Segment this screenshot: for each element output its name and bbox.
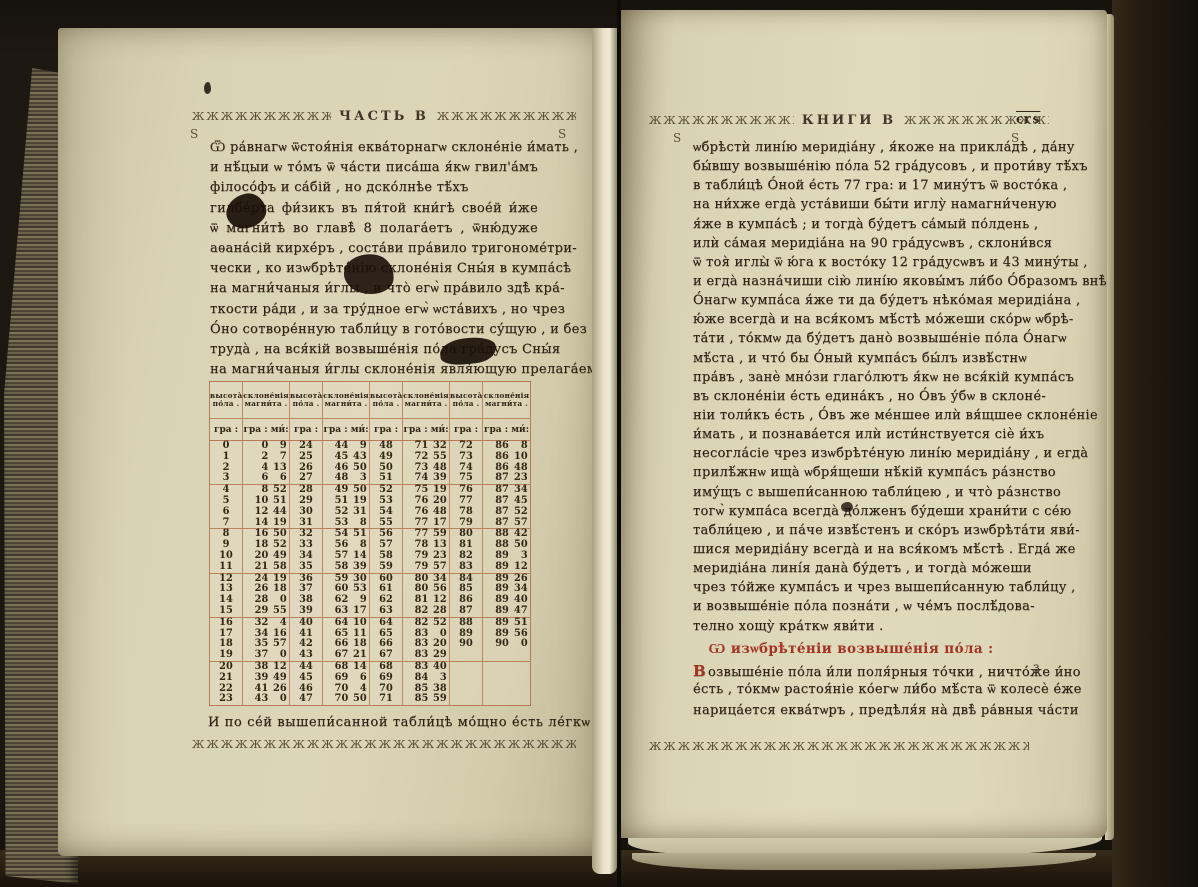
declination-degrees: 72 xyxy=(403,452,428,463)
declination-cell: 324 xyxy=(243,617,290,628)
declination-degrees: 84 xyxy=(403,673,428,684)
declination-degrees: 43 xyxy=(243,694,268,705)
declination-degrees: 89 xyxy=(483,606,509,617)
declination-degrees: 48 xyxy=(323,473,348,484)
declination-degrees: 85 xyxy=(403,694,428,705)
pole-height-cell: 19 xyxy=(210,650,243,661)
declination-minutes: 4 xyxy=(268,618,288,629)
declination-cell: 6317 xyxy=(323,606,370,617)
declination-minutes: 58 xyxy=(268,562,288,573)
declination-cell: 7957 xyxy=(403,562,450,573)
text-line: иму́щъ с вышепи́санною табли́цею , и что… xyxy=(693,483,1009,502)
table-row: 2413264650507348748648 xyxy=(210,463,531,474)
quire-signature: з xyxy=(1033,660,1040,674)
text-line: несогла́сіе чрез изѡбрѣте́ную лині́ю мер… xyxy=(693,444,1009,463)
photo-seam xyxy=(617,0,621,887)
col-header-pole-height: высота̀ по́ла . xyxy=(450,382,483,419)
declination-minutes: 39 xyxy=(428,473,448,484)
declination-minutes: 10 xyxy=(509,452,530,463)
pole-height-cell xyxy=(450,684,483,695)
bottom-ornament-band-left-page: ЖЖЖЖЖЖЖЖЖЖЖЖЖЖЖЖЖЖЖЖЖЖЖЖЖЖЖЖЖЖЖЖЖЖЖЖЖЖЖЖ… xyxy=(192,736,576,753)
text-line: и нѣ́цыи ѡ то́мъ ѿ ча́сти писа́ша я́кѡ г… xyxy=(210,158,538,178)
declination-degrees: 90 xyxy=(483,639,509,650)
text-line: меридіа́на лині́я дана̀ бу́детъ , и тогд… xyxy=(693,559,1009,578)
table-row: 19370436721678329 xyxy=(210,650,531,661)
red-initial-letter: В xyxy=(693,662,708,680)
declination-degrees: 82 xyxy=(403,618,428,629)
pole-height-cell: 40 xyxy=(290,617,323,628)
table-row: 16324406410648252888951 xyxy=(210,617,531,628)
text-line: ніи толи́къ е́сть , О́въ же ме́ншее илѝ … xyxy=(693,406,1009,425)
declination-minutes: 7 xyxy=(268,452,288,463)
declination-table: высота̀ по́ла .склоне́нія магни́та .высо… xyxy=(209,381,531,706)
declination-degrees: 53 xyxy=(323,518,348,529)
pole-height-cell: 78 xyxy=(450,507,483,518)
text-line: телно хощу̀ кра́ткѡ яви́ти . xyxy=(693,617,1009,636)
declination-cell: 66 xyxy=(243,473,290,484)
declination-cell: 2158 xyxy=(243,562,290,573)
pole-height-cell: 15 xyxy=(210,606,243,617)
ornament-strip: ЖЖЖЖЖЖЖЖЖЖЖЖЖЖЖЖЖЖЖЖЖЖЖЖЖЖЖЖЖЖЖЖЖЖЖЖЖЖЖЖ xyxy=(649,113,794,128)
pole-height-cell: 39 xyxy=(290,606,323,617)
subheader-degrees-minutes: гра : ми́: xyxy=(323,419,370,441)
declination-minutes: 10 xyxy=(348,618,368,629)
text-line: Ѿ ра́внагѡ ѿстоя́нія еква́торнагѡ склоне… xyxy=(210,138,538,158)
declination-minutes: 6 xyxy=(268,473,288,484)
table-header: высота̀ по́ла .склоне́нія магни́та .высо… xyxy=(210,382,531,441)
top-ornament-band-left-page: ЖЖЖЖЖЖЖЖЖЖЖЖЖЖЖЖЖЖЖЖЖЖЖЖЖЖЖЖЖЖЖЖЖЖЖЖЖЖЖЖ… xyxy=(192,108,576,125)
declination-minutes: 57 xyxy=(428,562,448,573)
declination-cell: 2955 xyxy=(243,606,290,617)
declination-cell: 7050 xyxy=(323,694,370,705)
pole-height-cell: 25 xyxy=(290,452,323,463)
declination-minutes: 48 xyxy=(428,507,448,518)
declination-minutes: 55 xyxy=(268,606,288,617)
declination-cell: 483 xyxy=(323,473,370,484)
text-line: чрез то́йже кумпа́съ и чрез вышепи́санну… xyxy=(693,578,1009,597)
declination-degrees: 87 xyxy=(483,518,509,529)
declination-cell xyxy=(483,661,531,672)
pole-height-cell: 63 xyxy=(370,606,403,617)
declination-degrees: 12 xyxy=(243,507,268,518)
declination-cell: 5839 xyxy=(323,562,370,573)
col-header-pole-height: высота̀ по́ла . xyxy=(370,382,403,419)
background-right xyxy=(1112,0,1198,887)
declination-minutes: 21 xyxy=(348,650,368,661)
declination-cell: 8559 xyxy=(403,694,450,705)
declination-cell: 696 xyxy=(323,673,370,684)
declination-minutes: 19 xyxy=(268,518,288,529)
text-line: прилѣ́жнѡ ища̀ ѡбря́щеши нѣ́кій кумпа́съ… xyxy=(693,463,1009,482)
pole-height-cell: 11 xyxy=(210,562,243,573)
text-line: пра́въ , занѐ мно́зи глаго́лютъ я́кѡ не … xyxy=(693,368,1009,387)
declination-cell: 430 xyxy=(243,694,290,705)
section-heading: Ѡ изѡбрѣте́ніи возвыше́нія по́ла : xyxy=(693,641,1009,657)
pole-height-cell: 83 xyxy=(450,562,483,573)
declination-minutes: 59 xyxy=(428,694,448,705)
declination-degrees: 74 xyxy=(403,473,428,484)
table-row: 152955396317638228878947 xyxy=(210,606,531,617)
pole-height-cell: 23 xyxy=(210,694,243,705)
text-line: в табли́цѣ О́ной е́сть 77 гра: и 17 мину… xyxy=(693,176,1009,195)
declination-degrees: 67 xyxy=(323,650,348,661)
declination-minutes: 8 xyxy=(348,518,368,529)
text-line: е́сть , то́кмѡ растоя́ніе ко́егѡ ли́бо м… xyxy=(693,680,1009,701)
declination-cell: 8757 xyxy=(483,518,531,529)
pole-height-cell: 7 xyxy=(210,518,243,529)
declination-minutes: 31 xyxy=(348,507,368,518)
pole-height-cell: 35 xyxy=(290,562,323,573)
pole-height-cell xyxy=(450,661,483,672)
declination-cell: 4543 xyxy=(323,452,370,463)
pole-height-cell: 87 xyxy=(450,606,483,617)
text-line: на магни́чаныя и́глы склоне́нія явля́ющу… xyxy=(210,360,538,380)
bottom-ornament-band-right-page: ЖЖЖЖЖЖЖЖЖЖЖЖЖЖЖЖЖЖЖЖЖЖЖЖЖЖЖЖЖЖЖЖЖЖЖЖЖЖЖЖ… xyxy=(649,738,1029,755)
declination-minutes: 0 xyxy=(268,650,288,661)
col-header-magnet-declination: склоне́нія магни́та . xyxy=(483,382,531,419)
declination-degrees: 63 xyxy=(323,606,348,617)
declination-cell: 8723 xyxy=(483,473,531,484)
declination-degrees: 14 xyxy=(243,518,268,529)
declination-cell: 8252 xyxy=(403,617,450,628)
pole-height-cell xyxy=(450,650,483,661)
col-header-magnet-declination: склоне́нія магни́та . xyxy=(243,382,290,419)
declination-cell: 8752 xyxy=(483,507,531,518)
table-row: 23430477050718559 xyxy=(210,694,531,705)
declination-cell: 5231 xyxy=(323,507,370,518)
text-line: и возвыше́ніе по́ла позна́ти , ѡ че́мъ п… xyxy=(693,597,1009,616)
pole-height-cell: 16 xyxy=(210,617,243,628)
declination-degrees: 29 xyxy=(243,606,268,617)
text-line: Возвыше́ніе по́ла и́ли поля́рныя то́чки … xyxy=(693,662,1009,680)
pole-elevation-paragraph: Возвыше́ніе по́ла и́ли поля́рныя то́чки … xyxy=(693,662,1009,721)
paragraph-lines: е́сть , то́кмѡ растоя́ніе ко́егѡ ли́бо м… xyxy=(693,680,1009,721)
declination-minutes: 3 xyxy=(428,673,448,684)
table-row: 2139494569669843 xyxy=(210,673,531,684)
table-body: 0092444948713272868127254543497255738610… xyxy=(210,441,531,706)
declination-degrees: 58 xyxy=(323,562,348,573)
declination-cell: 538 xyxy=(323,518,370,529)
declination-cell: 8329 xyxy=(403,650,450,661)
declination-degrees: 45 xyxy=(323,452,348,463)
pole-height-cell: 3 xyxy=(210,473,243,484)
declination-minutes: 49 xyxy=(268,673,288,684)
declination-minutes: 17 xyxy=(428,518,448,529)
right-page: ЖЖЖЖЖЖЖЖЖЖЖЖЖЖЖЖЖЖЖЖЖЖЖЖЖЖЖЖЖЖЖЖЖЖЖЖЖЖЖЖ… xyxy=(621,10,1107,838)
declination-cell: 6721 xyxy=(323,650,370,661)
declination-cell: 1244 xyxy=(243,507,290,518)
text-line: ѡбрѣстѝ лині́ю меридіа́ну , я́коже на пр… xyxy=(693,138,1009,157)
text-line: ю́же всегда̀ и на вся́комъ мѣ́стѣ мо́жеш… xyxy=(693,310,1009,329)
declination-degrees: 52 xyxy=(323,507,348,518)
text-line: ткости ра́ди , и за тру́дное егѡ̀ ѡста́в… xyxy=(210,300,538,320)
text-line: філосо́фъ и са́бій , но дско́лнѣе тѣ́хъ xyxy=(210,178,538,198)
left-border-ornament: ЅЅЅЅЅЅЅЅЅЅЅЅЅЅЅЅЅЅЅЅЅЅЅЅЅЅЅЅЅЅЅЅЅЅЅЅЅЅЅЅ… xyxy=(673,132,688,758)
pole-height-cell: 73 xyxy=(450,452,483,463)
pole-height-cell: 51 xyxy=(370,473,403,484)
col-header-magnet-declination: склоне́нія магни́та . xyxy=(323,382,370,419)
declination-cell: 8912 xyxy=(483,562,531,573)
pole-height-cell: 55 xyxy=(370,518,403,529)
subheader-degrees: гра : xyxy=(370,419,403,441)
pole-height-cell: 54 xyxy=(370,507,403,518)
pole-height-cell: 67 xyxy=(370,650,403,661)
declination-minutes: 0 xyxy=(268,694,288,705)
pole-height-cell: 43 xyxy=(290,650,323,661)
text-line: шися меридіа́ну всегда̀ и на вся́комъ мѣ… xyxy=(693,540,1009,559)
declination-cell xyxy=(483,684,531,695)
declination-degrees: 6 xyxy=(243,473,268,484)
declination-minutes: 52 xyxy=(428,618,448,629)
ornament-strip: ЖЖЖЖЖЖЖЖЖЖЖЖЖЖЖЖЖЖЖЖЖЖЖЖЖЖЖЖЖЖЖЖЖЖЖЖЖЖЖЖ xyxy=(437,109,576,124)
gutter-page-edge xyxy=(592,28,617,874)
text-line: та́ти , то́кмѡ да бу́детъ дано̀ возвыше́… xyxy=(693,329,1009,348)
text-line-rest: озвыше́ніе по́ла и́ли поля́рныя то́чки ,… xyxy=(708,665,1081,680)
table-row: 112158355839597957838912 xyxy=(210,562,531,573)
declination-degrees: 82 xyxy=(403,606,428,617)
text-line: и егда̀ назна́чиши сію̀ лині́ю яковы́мъ … xyxy=(693,272,1009,291)
declination-degrees: 79 xyxy=(403,562,428,573)
text-line: бы́вшу возвыше́нію по́ла 52 гра́дусовъ ,… xyxy=(693,157,1009,176)
pole-height-cell: 21 xyxy=(210,673,243,684)
declination-cell: 900 xyxy=(483,639,531,650)
ink-dot xyxy=(204,82,211,94)
col-header-magnet-declination: склоне́нія магни́та . xyxy=(403,382,450,419)
declination-degrees: 70 xyxy=(323,694,348,705)
subheader-degrees: гра : xyxy=(450,419,483,441)
pole-height-cell xyxy=(450,694,483,705)
declination-cell: 370 xyxy=(243,650,290,661)
text-line: табли́цею , и па́че извѣ́стенъ и ско́ръ … xyxy=(693,521,1009,540)
declination-cell: 6410 xyxy=(323,617,370,628)
declination-cell: 8951 xyxy=(483,617,531,628)
declination-degrees: 86 xyxy=(483,452,509,463)
table-row: 7141931538557717798757 xyxy=(210,518,531,529)
subheader-degrees-minutes: гра : ми́: xyxy=(403,419,450,441)
text-line: на ни́хже егда̀ уста́виши бы́ти иглу̀ на… xyxy=(693,195,1009,214)
subheader-degrees: гра : xyxy=(290,419,323,441)
declination-minutes: 51 xyxy=(509,618,530,629)
declination-degrees: 89 xyxy=(483,562,509,573)
subheader-degrees: гра : xyxy=(210,419,243,441)
ornament-strip: ЖЖЖЖЖЖЖЖЖЖЖЖЖЖЖЖЖЖЖЖЖЖЖЖЖЖЖЖЖЖЖЖЖЖЖЖЖЖЖЖ… xyxy=(649,739,1029,754)
pole-height-cell: 27 xyxy=(290,473,323,484)
pole-height-cell: 47 xyxy=(290,694,323,705)
declination-cell: 3949 xyxy=(243,673,290,684)
left-border-ornament: ЅЅЅЅЅЅЅЅЅЅЅЅЅЅЅЅЅЅЅЅЅЅЅЅЅЅЅЅЅЅЅЅЅЅЅЅЅЅЅЅ… xyxy=(190,128,205,768)
text-line: ѿ тоя̀ иглы̀ ѿ ю́га к восто́ку 12 гра́ду… xyxy=(693,253,1009,272)
declination-minutes: 3 xyxy=(348,473,368,484)
declination-cell: 7717 xyxy=(403,518,450,529)
declination-minutes: 29 xyxy=(428,650,448,661)
declination-degrees: 2 xyxy=(243,452,268,463)
declination-minutes: 0 xyxy=(509,639,530,650)
col-header-pole-height: высота̀ по́ла . xyxy=(210,382,243,419)
folio-number: єгѕ xyxy=(1016,112,1040,126)
table-row: 0092444948713272868 xyxy=(210,441,531,452)
declination-minutes: 39 xyxy=(348,562,368,573)
pole-height-cell: 88 xyxy=(450,617,483,628)
table-row: 61244305231547648788752 xyxy=(210,507,531,518)
running-title-right: КНИГИ В xyxy=(794,113,904,128)
text-line: и́мать , и познава́ется илѝ исти́нствует… xyxy=(693,425,1009,444)
pole-height-cell: 59 xyxy=(370,562,403,573)
pole-height-cell: 1 xyxy=(210,452,243,463)
declination-degrees: 32 xyxy=(243,618,268,629)
pole-height-cell: 30 xyxy=(290,507,323,518)
declination-cell: 7648 xyxy=(403,507,450,518)
text-line: илѝ са́мая меридіа́на на 90 гра́дусѡвъ ,… xyxy=(693,234,1009,253)
declination-minutes: 52 xyxy=(509,507,530,518)
right-border-ornament: ЅЅЅЅЅЅЅЅЅЅЅЅЅЅЅЅЅЅЅЅЅЅЅЅЅЅЅЅЅЅЅЅЅЅЅЅЅЅЅЅ… xyxy=(558,128,573,768)
declination-minutes: 57 xyxy=(509,518,530,529)
declination-degrees: 37 xyxy=(243,650,268,661)
declination-minutes: 55 xyxy=(428,452,448,463)
declination-cell xyxy=(483,673,531,684)
declination-degrees: 87 xyxy=(483,507,509,518)
declination-minutes: 23 xyxy=(509,473,530,484)
text-line: я́же в кумпа́сѣ ; и тогда̀ бу́детъ са́мы… xyxy=(693,215,1009,234)
subheader-degrees-minutes: гра : ми́: xyxy=(243,419,290,441)
declination-minutes: 43 xyxy=(348,452,368,463)
declination-cell: 7255 xyxy=(403,452,450,463)
declination-minutes: 12 xyxy=(509,562,530,573)
declination-degrees: 64 xyxy=(323,618,348,629)
declination-degrees: 77 xyxy=(403,518,428,529)
declination-cell: 1419 xyxy=(243,518,290,529)
running-title-left: ЧАСТЬ В xyxy=(331,109,437,124)
left-page: ЖЖЖЖЖЖЖЖЖЖЖЖЖЖЖЖЖЖЖЖЖЖЖЖЖЖЖЖЖЖЖЖЖЖЖЖЖЖЖЖ… xyxy=(58,28,618,856)
declination-degrees: 76 xyxy=(403,507,428,518)
text-line: О́но сотворе́нную табли́цу в гото́вости … xyxy=(210,320,538,340)
table-row: 127254543497255738610 xyxy=(210,452,531,463)
declination-degrees: 39 xyxy=(243,673,268,684)
right-page-paragraph: ѡбрѣстѝ лині́ю меридіа́ну , я́коже на пр… xyxy=(693,138,1009,636)
declination-minutes: 50 xyxy=(348,694,368,705)
declination-degrees: 21 xyxy=(243,562,268,573)
pole-height-cell: 49 xyxy=(370,452,403,463)
declination-degrees: 87 xyxy=(483,473,509,484)
top-ornament-band-right-page: ЖЖЖЖЖЖЖЖЖЖЖЖЖЖЖЖЖЖЖЖЖЖЖЖЖЖЖЖЖЖЖЖЖЖЖЖЖЖЖЖ… xyxy=(649,112,1049,129)
declination-cell xyxy=(483,650,531,661)
declination-cell: 8228 xyxy=(403,606,450,617)
text-line: въ склоне́ніи е́сть едина́къ , но О́въ у… xyxy=(693,387,1009,406)
text-line: нарица́ется еква́тѡръ , предѣля́я на̀ дв… xyxy=(693,701,1009,722)
text-line: мѣ́ста , и что́ бы О́ный кумпа́съ бы́лъ … xyxy=(693,349,1009,368)
pole-height-cell: 6 xyxy=(210,507,243,518)
table-caption: И по се́й вышепи́санной табли́цѣ мо́щно … xyxy=(208,714,538,730)
ink-dot xyxy=(841,502,853,512)
text-line: О́нагѡ кумпа́са я́же ти да бу́детъ нѣко́… xyxy=(693,291,1009,310)
pole-height-cell: 75 xyxy=(450,473,483,484)
declination-degrees: 83 xyxy=(403,650,428,661)
pole-height-cell: 69 xyxy=(370,673,403,684)
pole-height-cell: 31 xyxy=(290,518,323,529)
table-row: 36627483517439758723 xyxy=(210,473,531,484)
declination-minutes: 6 xyxy=(348,673,368,684)
col-header-pole-height: высота̀ по́ла . xyxy=(290,382,323,419)
declination-cell: 8947 xyxy=(483,606,531,617)
pole-height-cell: 71 xyxy=(370,694,403,705)
pole-height-cell: 90 xyxy=(450,639,483,650)
declination-degrees: 89 xyxy=(483,618,509,629)
pole-height-cell: 79 xyxy=(450,518,483,529)
pole-height-cell: 64 xyxy=(370,617,403,628)
ornament-strip: ЖЖЖЖЖЖЖЖЖЖЖЖЖЖЖЖЖЖЖЖЖЖЖЖЖЖЖЖЖЖЖЖЖЖЖЖЖЖЖЖ… xyxy=(192,737,576,752)
declination-minutes: 47 xyxy=(509,606,530,617)
declination-cell: 8610 xyxy=(483,452,531,463)
pole-height-cell: 45 xyxy=(290,673,323,684)
subheader-degrees-minutes: гра : ми́: xyxy=(483,419,531,441)
pole-height-cell xyxy=(450,673,483,684)
declination-cell xyxy=(483,694,531,705)
declination-minutes: 28 xyxy=(428,606,448,617)
declination-minutes: 44 xyxy=(268,507,288,518)
declination-cell: 27 xyxy=(243,452,290,463)
declination-minutes: 17 xyxy=(348,606,368,617)
book-photo-scene: ЖЖЖЖЖЖЖЖЖЖЖЖЖЖЖЖЖЖЖЖЖЖЖЖЖЖЖЖЖЖЖЖЖЖЖЖЖЖЖЖ… xyxy=(0,0,1198,887)
declination-cell: 7439 xyxy=(403,473,450,484)
declination-degrees: 69 xyxy=(323,673,348,684)
declination-cell: 843 xyxy=(403,673,450,684)
ornament-strip: ЖЖЖЖЖЖЖЖЖЖЖЖЖЖЖЖЖЖЖЖЖЖЖЖЖЖЖЖЖЖЖЖЖЖЖЖЖЖЖЖ xyxy=(192,109,331,124)
